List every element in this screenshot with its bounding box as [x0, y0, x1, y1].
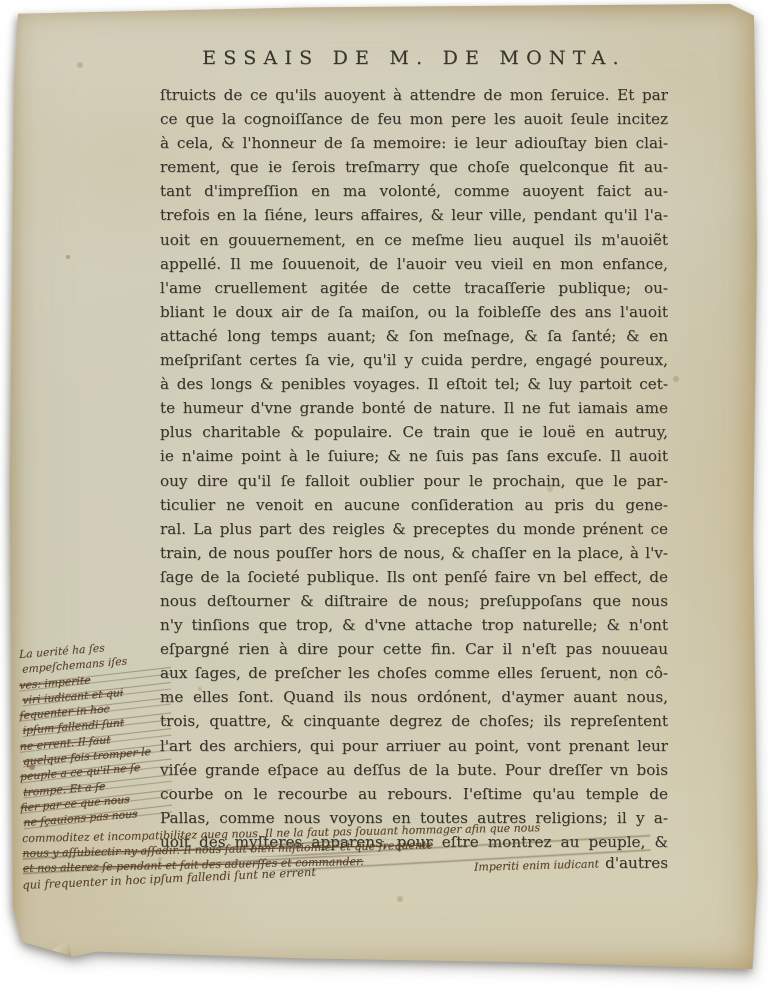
print-line: trois, quattre, & cinquante degrez de ch…: [160, 709, 668, 733]
print-line: train, de nous pouſſer hors de nous, & c…: [160, 541, 668, 565]
print-line: te humeur d'vne grande bonté de nature. …: [160, 396, 668, 420]
print-line: me elles ſont. Quand ils nous ordónent, …: [160, 685, 668, 709]
print-line: ie n'aime point à le ſuiure; & ne ſuis p…: [160, 444, 668, 468]
print-line: ticulier ne venoit en aucune conſiderati…: [160, 493, 668, 517]
print-line: bliant le doux air de ſa maiſon, ou la f…: [160, 300, 668, 324]
print-line: à des longs & penibles voyages. Il eſtoi…: [160, 372, 668, 396]
print-line: ouy dire qu'il ſe falloit oublier pour l…: [160, 469, 668, 493]
print-line: n'y tinſions que trop, & d'vne attache t…: [160, 613, 668, 637]
print-line: appellé. Il me ſouuenoit, de l'auoir veu…: [160, 252, 668, 276]
print-line: attaché long temps auant; & ſon meſnage,…: [160, 324, 668, 348]
print-line: ſtruicts de ce qu'ils auoyent à attendre…: [160, 83, 668, 107]
print-line: l'ame cruellement agitée de cette tracaſ…: [160, 276, 668, 300]
print-line: uoit en gouuernement, en ce meſme lieu a…: [160, 228, 668, 252]
print-line: ral. La plus part des reigles & precepte…: [160, 517, 668, 541]
print-line: l'art des archiers, qui pour arriuer au …: [160, 734, 668, 758]
running-header: ESSAIS DE M. DE MONTA.: [160, 47, 668, 69]
print-line: tant d'impreſſion en ma volonté, comme a…: [160, 179, 668, 203]
print-line: à cela, & l'honneur de ſa memoire: ie le…: [160, 131, 668, 155]
print-line: plus charitable & populaire. Ce train qu…: [160, 420, 668, 444]
book-page: ESSAIS DE M. DE MONTA. ſtruicts de ce qu…: [6, 3, 760, 975]
page-corner-fold: [22, 939, 76, 976]
foxing-spots: [66, 255, 70, 259]
print-line: viſée grande eſpace au deſſus de la bute…: [160, 758, 668, 782]
page-shadow: ESSAIS DE M. DE MONTA. ſtruicts de ce qu…: [0, 0, 768, 997]
print-line: courbe on le recourbe au rebours. I'eſti…: [160, 782, 668, 806]
left-margin-annotations: La uerité ha ſesempeſchemans iſesves: im…: [19, 635, 172, 831]
print-line: ſage de la ſocieté publique. Ils ont pen…: [160, 565, 668, 589]
print-line: meſpriſant certes ſa vie, qu'il y cuida …: [160, 348, 668, 372]
print-line: aux ſages, de preſcher les choſes comme …: [160, 661, 668, 685]
printed-body-text: ſtruicts de ce qu'ils auoyent à attendre…: [160, 83, 668, 854]
print-line: eſpargné rien à dire pour cette fin. Car…: [160, 637, 668, 661]
print-line: rement, que ie ſerois treſmarry que choſ…: [160, 155, 668, 179]
print-line: ce que la cognoiſſance de feu mon pere l…: [160, 107, 668, 131]
print-line: trefois en la ſiéne, leurs affaires, & l…: [160, 203, 668, 227]
print-line: nous deſtourner & diſtraire de nous; pre…: [160, 589, 668, 613]
